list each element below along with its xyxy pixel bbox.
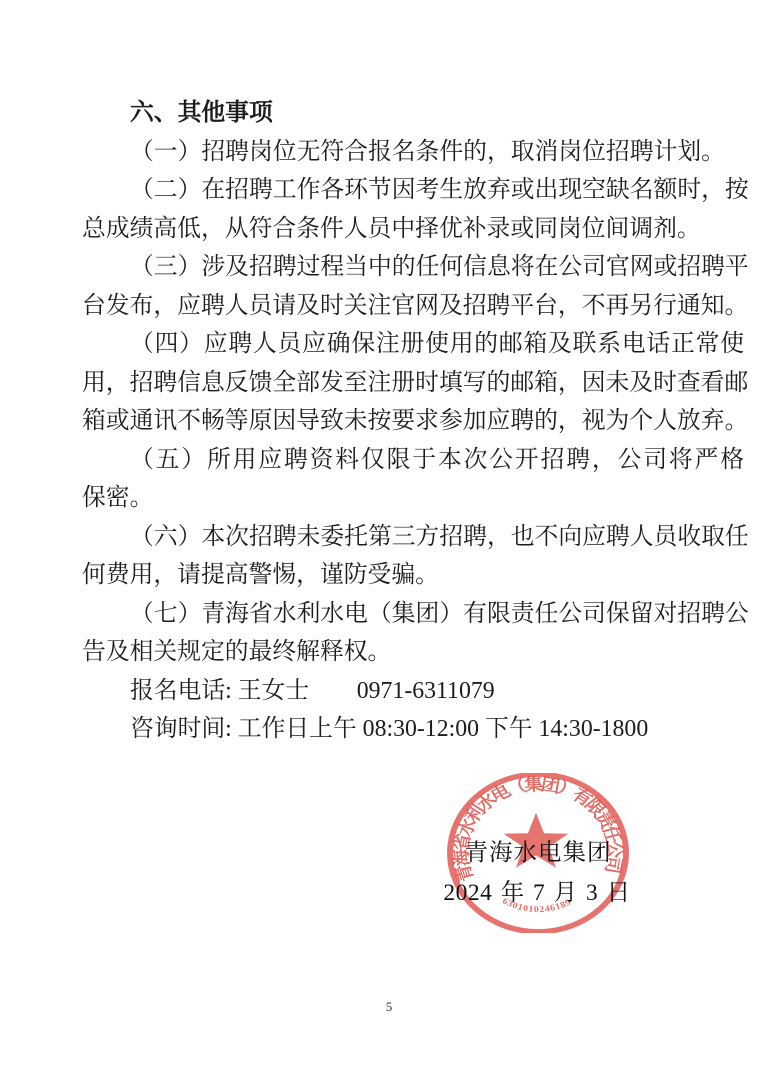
text-line: 箱或通讯不畅等原因导致未按要求参加应聘的，视为个人放弃。	[82, 402, 744, 441]
text-line: 何费用，请提高警惕，谨防受骗。	[82, 556, 744, 595]
document-page: 六、其他事项（一）招聘岗位无符合报名条件的，取消岗位招聘计划。（二）在招聘工作各…	[0, 0, 764, 1067]
text-line: 用，招聘信息反馈全部发至注册时填写的邮箱，因未及时查看邮	[82, 364, 744, 403]
text-line: 报名电话: 王女士 0971-6311079	[82, 672, 744, 711]
text-line: 咨询时间: 工作日上午 08:30-12:00 下午 14:30-1800	[82, 710, 744, 749]
text-line: （五）所用应聘资料仅限于本次公开招聘，公司将严格	[82, 441, 744, 480]
section-heading: 六、其他事项	[82, 94, 744, 133]
text-line: 总成绩高低，从符合条件人员中择优补录或同岗位间调剂。	[82, 210, 744, 249]
signature-company-name: 青海水电集团	[465, 833, 612, 867]
text-line: 告及相关规定的最终解释权。	[82, 633, 744, 672]
page-number: 5	[0, 999, 764, 1015]
text-line: （四）应聘人员应确保注册使用的邮箱及联系电话正常使	[82, 325, 744, 364]
text-line: （三）涉及招聘过程当中的任何信息将在公司官网或招聘平	[82, 248, 744, 287]
text-line: （七）青海省水利水电（集团）有限责任公司保留对招聘公	[82, 595, 744, 634]
text-line: （六）本次招聘未委托第三方招聘，也不向应聘人员收取任	[82, 518, 744, 557]
text-line: （二）在招聘工作各环节因考生放弃或出现空缺名额时，按	[82, 171, 744, 210]
text-line: （一）招聘岗位无符合报名条件的，取消岗位招聘计划。	[82, 133, 744, 172]
text-line: 保密。	[82, 479, 744, 518]
document-lines: 六、其他事项（一）招聘岗位无符合报名条件的，取消岗位招聘计划。（二）在招聘工作各…	[82, 94, 744, 749]
signature-date: 2024 年 7 月 3 日	[443, 873, 630, 907]
text-line: 台发布，应聘人员请及时关注官网及招聘平台，不再另行通知。	[82, 287, 744, 326]
